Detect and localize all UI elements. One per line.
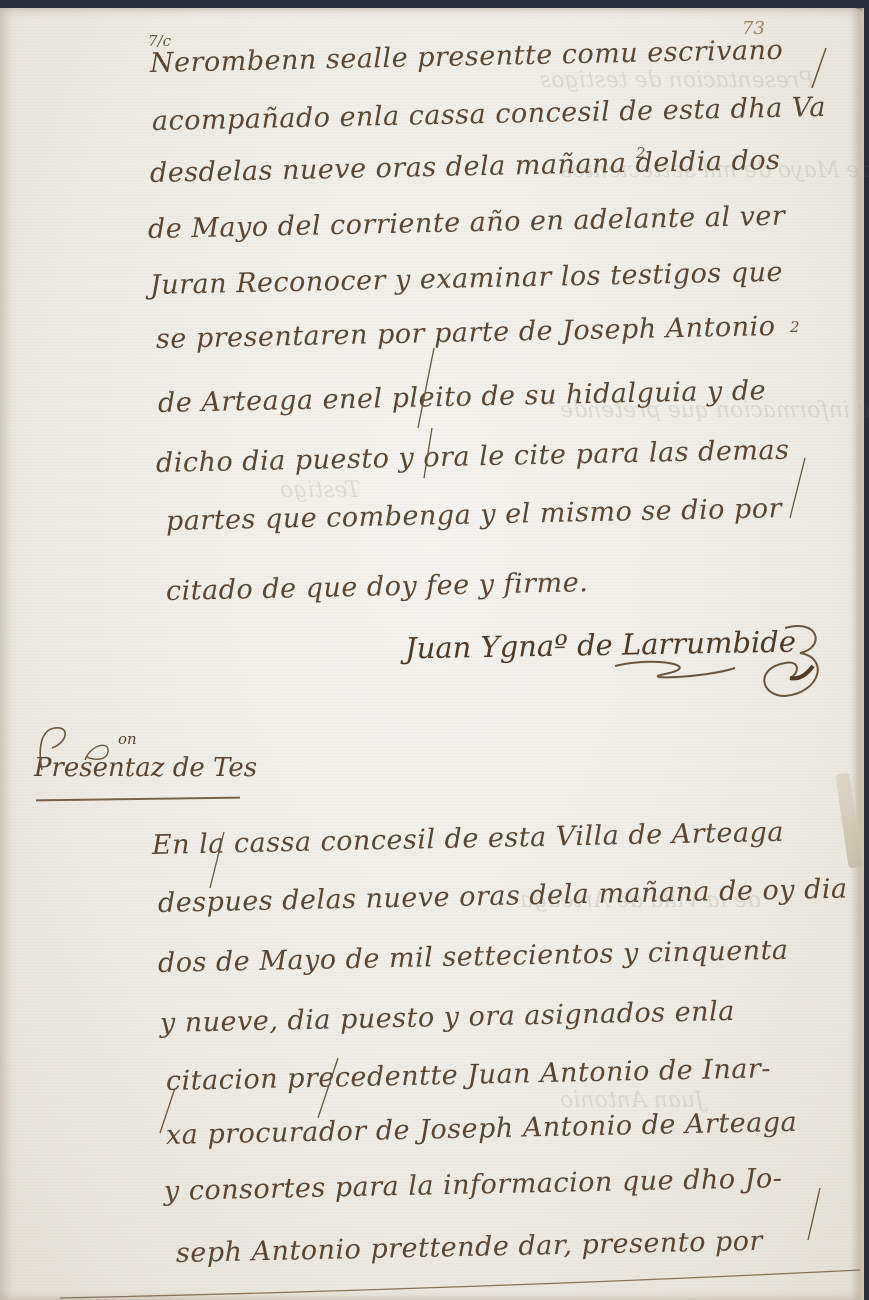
text-line: xa procurador de Joseph Antonio de Artea… — [166, 1107, 798, 1151]
bleed-through-text: Testigo — [280, 478, 360, 503]
text-line: de Arteaga enel pleito de su hidalguia y… — [158, 375, 767, 419]
text-line: se presentaren por parte de Joseph Anton… — [156, 311, 776, 355]
page-edge — [850, 8, 864, 1300]
text-line: y nueve, dia puesto y ora asignados enla — [160, 996, 735, 1039]
text-line: Nerombenn sealle presentte comu escrivan… — [150, 35, 784, 79]
text-line: seph Antonio prettende dar, presento por — [176, 1226, 764, 1269]
text-line: despues delas nueve oras dela mañana de … — [158, 874, 848, 919]
text-line: En la cassa concesil de esta Villa de Ar… — [152, 817, 785, 861]
text-line: de Mayo del corriente año en adelante al… — [148, 201, 786, 245]
margin-underline — [36, 797, 240, 802]
text-line: citacion precedentte Juan Antonio de Ina… — [166, 1053, 772, 1097]
text-line: dos de Mayo de mil settecientos y cinque… — [158, 935, 789, 979]
text-line: y consortes para la informacion que dho … — [164, 1163, 783, 1207]
text-line: citado de que doy fee y firme. — [166, 567, 589, 607]
text-line: desdelas nueve oras dela mañana deldia d… — [150, 145, 781, 189]
bleed-through-text: Presentacion de testigos — [540, 68, 814, 93]
signature-rubric-icon — [585, 608, 835, 703]
text-line: partes que combenga y el mismo se dio po… — [166, 493, 783, 537]
text-line: Juran Reconocer y examinar los testigos … — [150, 257, 784, 301]
text-line: acompañado enla cassa concesil de esta d… — [152, 92, 827, 137]
text-line: dicho dia puesto y ora le cite para las … — [156, 435, 790, 479]
margin-note-superscript: on — [118, 730, 137, 748]
manuscript-page: Presentacion de testigos cinco de Mayo d… — [0, 8, 864, 1300]
superscript-mark: 2 — [790, 318, 800, 336]
margin-note-heading: Presentaz de Tes — [34, 753, 257, 783]
scanned-manuscript: Presentacion de testigos cinco de Mayo d… — [0, 0, 869, 1300]
